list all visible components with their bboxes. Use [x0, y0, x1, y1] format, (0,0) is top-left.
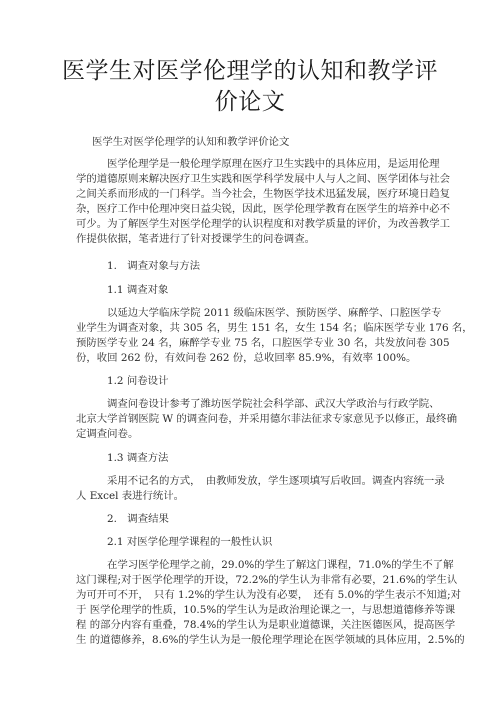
intro-line: 作提供依据，笔者进行了针对授课学生的问卷调查。 — [76, 232, 428, 246]
paragraph-line: 生 的道德修养，8.6%的学生认为是一般伦理学理论在医学领域的具体应用，2.5%… — [76, 633, 428, 647]
paragraph-line: 份，收回 262 份，有效问卷 262 份，总收回率 85.9%，有效率 100… — [76, 351, 428, 365]
intro-line: 可少。为了解医学生对医学伦理学的认识程度和对教学质量的评价，为改善教学工 — [76, 217, 428, 231]
document-page: 医学生对医学伦理学的认知和教学评 价论文 医学生对医学伦理学的认知和教学评价论文… — [0, 0, 500, 707]
subsection-heading: 1.2 问卷设计 — [107, 374, 168, 388]
paragraph-line: 这门课程;对于医学伦理学的开设，72.2%的学生认为非常有必要，21.6%的学生… — [76, 573, 428, 587]
paragraph-line: 北京大学首钢医院 W 的调查问卷，并采用德尔菲法征求专家意见予以修正，最终确 — [76, 412, 428, 426]
subsection-heading: 2.1 对医学伦理学课程的一般性认识 — [107, 535, 272, 549]
paragraph-line: 调查问卷设计参考了潍坊医学院社会科学部、武汉大学政治与行政学院、 — [107, 397, 428, 411]
paragraph-line: 预防医学专业 24 名，麻醉学专业 75 名，口腔医学专业 30 名，共发放问卷… — [76, 336, 428, 350]
paragraph-line: 在学习医学伦理学之前，29.0%的学生了解这门课程，71.0%的学生不了解 — [107, 558, 428, 572]
paragraph-line: 采用不记名的方式， 由教师发放，学生逐项填写后收回。调查内容统一录 — [107, 474, 428, 488]
intro-line: 之间关系而形成的一门科学。当今社会，生物医学技术迅猛发展，医疗环境日趋复 — [76, 187, 428, 201]
section-heading: 1. 调查对象与方法 — [107, 259, 200, 273]
paragraph-line: 业学生为调查对象，共 305 名，男生 151 名，女生 154 名；临床医学专… — [76, 321, 428, 335]
paragraph-line: 以延边大学临床学院 2011 级临床医学、预防医学、麻醉学、口腔医学专 — [107, 306, 428, 320]
document-title: 医学生对医学伦理学的认知和教学评 价论文 — [60, 56, 440, 118]
paragraph-line: 定调查问卷。 — [76, 427, 428, 441]
intro-line: 杂，医疗工作中伦理冲突日益尖锐，因此，医学伦理学教育在医学生的培养中必不 — [76, 202, 428, 216]
document-subtitle: 医学生对医学伦理学的认知和教学评价论文 — [92, 135, 289, 149]
paragraph-line: 人 Excel 表进行统计。 — [76, 489, 428, 503]
paragraph-line: 程 的部分内容有重叠，78.4%的学生认为是职业道德课，关注医德医风，提高医学 — [76, 618, 428, 632]
paragraph-line: 为可开可不开， 只有 1.2%的学生认为没有必要， 还有 5.0%的学生表示不知… — [76, 588, 428, 602]
title-line-2: 价论文 — [60, 87, 440, 118]
section-heading: 2. 调查结果 — [107, 512, 169, 526]
subsection-heading: 1.1 调查对象 — [107, 283, 168, 297]
subsection-heading: 1.3 调查方法 — [107, 451, 168, 465]
paragraph-line: 于 医学伦理学的性质，10.5%的学生认为是政治理论课之一，与思想道德修养等课 — [76, 603, 428, 617]
intro-line: 医学伦理学是一般伦理学原理在医疗卫生实践中的具体应用，是运用伦理 — [107, 157, 428, 171]
title-line-1: 医学生对医学伦理学的认知和教学评 — [60, 56, 440, 87]
intro-line: 学的道德原则来解决医疗卫生实践和医学科学发展中人与人之间、医学团体与社会 — [76, 172, 428, 186]
